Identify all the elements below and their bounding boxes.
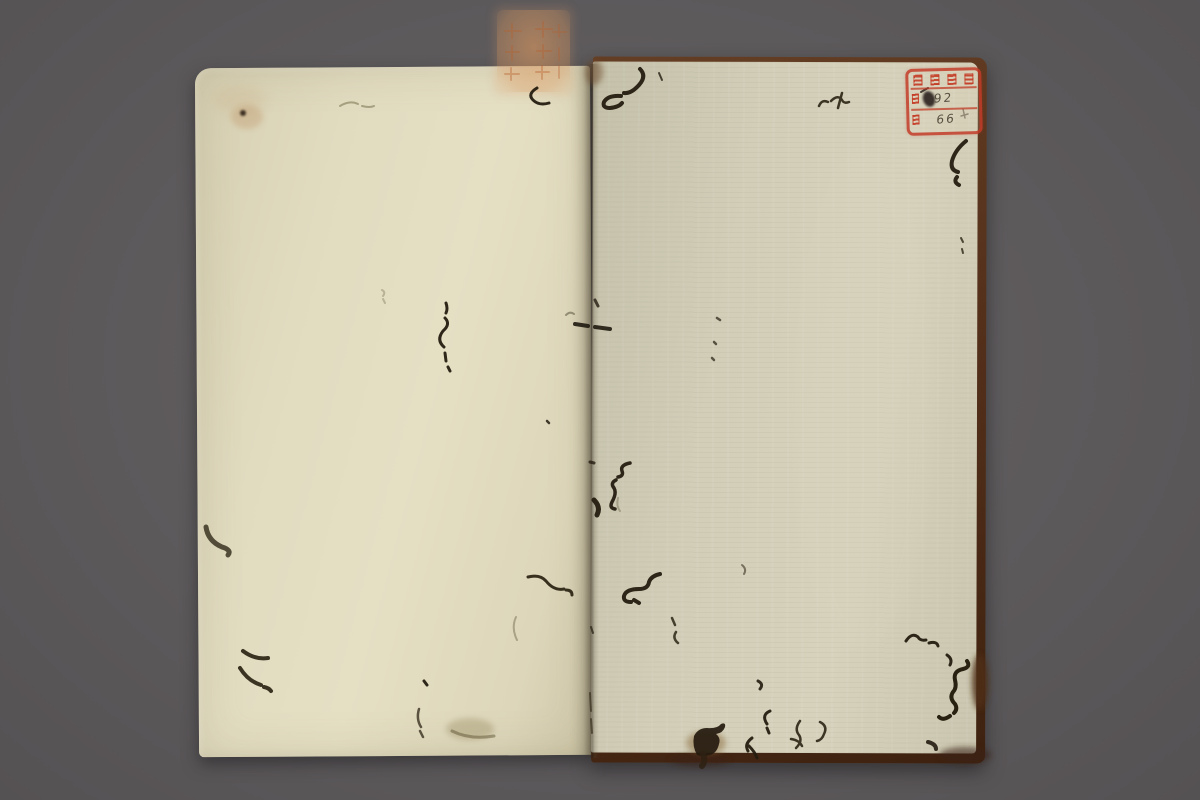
stamp-row: 66 [912,110,976,127]
fore-edge-stamp [497,10,570,92]
seal-character-glyph [914,75,923,86]
center-seam [584,64,599,758]
left-page [195,66,594,757]
seal-character-glyph [912,114,919,124]
handwritten-number: 66 [936,112,957,126]
stamp-row: 92 [912,89,976,107]
seal-character-glyph [912,94,919,104]
seal-character-glyph [930,74,939,85]
seal-character-glyph [947,74,956,85]
handwritten-number: 92 [933,91,953,104]
right-page-cover-edge [591,56,987,763]
right-page [591,61,978,753]
library-accession-stamp: 92 66 [905,67,983,136]
stamp-header-row [911,72,975,87]
seal-character-glyph [964,73,973,84]
paper-texture [591,61,978,753]
book-photo: 92 66 [0,0,1200,800]
